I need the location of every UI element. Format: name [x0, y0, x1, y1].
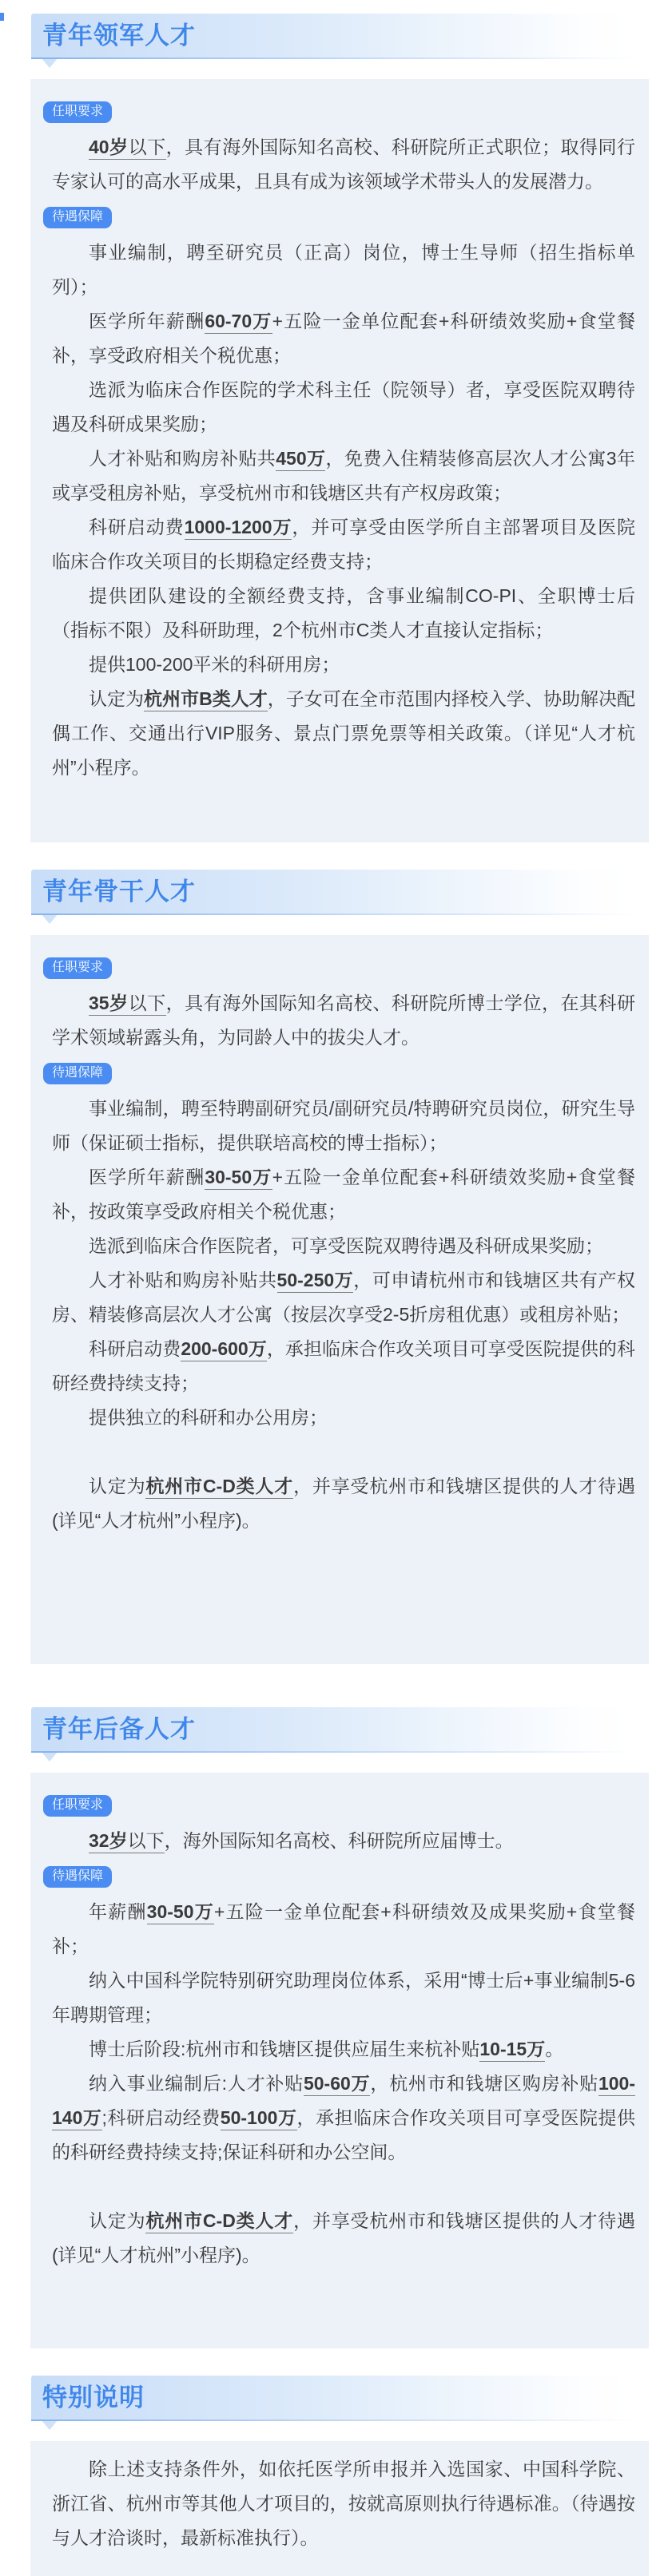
section-card: 任职要求35岁以下，具有海外国际知名高校、科研院所博士学位，在其科研学术领域崭露… — [30, 935, 649, 1664]
text-run: 认定为 — [89, 2210, 145, 2231]
body-paragraph: 年薪酬30-50万+五险一金单位配套+科研绩效及成果奖励+食堂餐补； — [52, 1895, 635, 1964]
highlight-text: 40岁 — [89, 137, 129, 160]
benefits-badge: 待遇保障 — [43, 1063, 112, 1084]
text-run: ，杭州市和钱塘区购房补贴 — [370, 2073, 598, 2094]
highlight-text: 60-70万 — [205, 311, 272, 334]
section-title: 特别说明 — [31, 2376, 145, 2419]
body-paragraph: 认定为杭州市C-D类人才，并享受杭州市和钱塘区提供的人才待遇(详见“人才杭州”小… — [52, 1469, 635, 1538]
highlight-text: 30-50万 — [205, 1167, 272, 1190]
body-paragraph: 32岁以下，海外国际知名高校、科研院所应届博士。 — [52, 1824, 635, 1858]
body-paragraph: 认定为杭州市C-D类人才，并享受杭州市和钱塘区提供的人才待遇(详见“人才杭州”小… — [52, 2204, 635, 2273]
highlight-text: 杭州市C-D类人才 — [145, 2210, 293, 2233]
highlight-text: 30-50万 — [147, 1901, 214, 1924]
recruitment-page: { "theme": { "page_bg": "#ffffff", "titl… — [0, 0, 672, 2576]
section-card: 任职要求32岁以下，海外国际知名高校、科研院所应届博士。待遇保障年薪酬30-50… — [30, 1773, 649, 2348]
highlight-text: 50-60万 — [304, 2073, 370, 2096]
text-run: 纳入中国科学院特别研究助理岗位体系，采用“博士后+事业编制5-6年聘期管理； — [52, 1970, 635, 2025]
sections-root: 青年领军人才任职要求40岁以下，具有海外国际知名高校、科研院所正式职位；取得同行… — [0, 14, 672, 2576]
text-run: 选派为临床合作医院的学术科主任（院领导）者，享受医院双聘待遇及科研成果奖励； — [52, 379, 635, 434]
text-run: 科研启动费 — [89, 517, 185, 537]
body-paragraph: 提供100-200平米的科研用房； — [52, 648, 635, 682]
highlight-text: 450万 — [276, 448, 325, 471]
body-paragraph: 事业编制，聘至研究员（正高）岗位，博士生导师（招生指标单列）； — [52, 236, 635, 304]
body-paragraph: 纳入事业编制后:人才补贴50-60万，杭州市和钱塘区购房补贴100-140万;科… — [52, 2067, 635, 2170]
body-paragraph: 人才补贴和购房补贴共450万，免费入住精装修高层次人才公寓3年或享受租房补贴，享… — [52, 442, 635, 510]
highlight-text: 10-15万 — [479, 2039, 545, 2062]
text-run: 选派到临床合作医院者，可享受医院双聘待遇及科研成果奖励； — [89, 1235, 603, 1256]
text-run: 年薪酬 — [89, 1901, 147, 1922]
badge-row: 待遇保障 — [43, 207, 635, 228]
section-special-notes: 特别说明除上述支持条件外，如依托医学所申报并入选国家、中国科学院、浙江省、杭州市… — [0, 2376, 672, 2576]
body-paragraph: 事业编制，聘至特聘副研究员/副研究员/特聘研究员岗位，研究生导师（保证硕士指标，… — [52, 1092, 635, 1160]
body-paragraph: 医学所年薪酬60-70万+五险一金单位配套+科研绩效奖励+食堂餐补，享受政府相关… — [52, 304, 635, 373]
highlight-text: 200-600万 — [181, 1338, 267, 1361]
text-run: 认定为 — [89, 1476, 145, 1496]
body-paragraph: 除上述支持条件外，如依托医学所申报并入选国家、中国科学院、浙江省、杭州市等其他人… — [52, 2452, 635, 2555]
body-paragraph: 选派到临床合作医院者，可享受医院双聘待遇及科研成果奖励； — [52, 1229, 635, 1263]
highlight-text: 以下 — [129, 137, 166, 160]
body-paragraph: 40岁以下，具有海外国际知名高校、科研院所正式职位；取得同行专家认可的高水平成果… — [52, 130, 635, 199]
highlight-text: 32岁 — [89, 1830, 128, 1853]
section-title: 青年后备人才 — [31, 1707, 196, 1751]
body-paragraph: 博士后阶段:杭州市和钱塘区提供应届生来杭补贴10-15万。 — [52, 2032, 635, 2067]
badge-row: 待遇保障 — [43, 1866, 635, 1888]
highlight-text: 以下 — [129, 993, 166, 1016]
text-run: 提供团队建设的全额经费支持，含事业编制CO-PI、全职博士后（指标不限）及科研助… — [52, 585, 635, 640]
highlight-text: 杭州市C-D类人才 — [145, 1476, 293, 1499]
badge-row: 任职要求 — [43, 1795, 635, 1817]
text-run: 认定为 — [89, 688, 144, 709]
text-run: 提供100-200平米的科研用房； — [89, 654, 340, 675]
requirements-badge: 任职要求 — [43, 957, 112, 979]
body-paragraph: 人才补贴和购房补贴共50-250万，可申请杭州市和钱塘区共有产权房、精装修高层次… — [52, 1263, 635, 1332]
badge-row: 任职要求 — [43, 101, 635, 123]
section-young-reserve-talent: 青年后备人才任职要求32岁以下，海外国际知名高校、科研院所应届博士。待遇保障年薪… — [0, 1707, 672, 2348]
text-run: ;科研启动经费 — [102, 2107, 221, 2128]
text-run: 人才补贴和购房补贴共 — [89, 448, 276, 469]
text-run: 纳入事业编制后:人才补贴 — [89, 2073, 304, 2094]
body-paragraph: 35岁以下，具有海外国际知名高校、科研院所博士学位，在其科研学术领域崭露头角，为… — [52, 986, 635, 1055]
text-run: 医学所年薪酬 — [89, 1167, 205, 1187]
highlight-text: 50-250万 — [277, 1270, 354, 1293]
section-young-leading-talent: 青年领军人才任职要求40岁以下，具有海外国际知名高校、科研院所正式职位；取得同行… — [0, 14, 672, 842]
body-paragraph: 选派为临床合作医院的学术科主任（院领导）者，享受医院双聘待遇及科研成果奖励； — [52, 373, 635, 442]
body-paragraph: 科研启动费200-600万，承担临床合作攻关项目可享受医院提供的科研经费持续支持… — [52, 1332, 635, 1401]
section-title: 青年领军人才 — [31, 14, 196, 57]
highlight-text: 1000-1200万 — [185, 517, 292, 540]
section-card: 除上述支持条件外，如依托医学所申报并入选国家、中国科学院、浙江省、杭州市等其他人… — [30, 2441, 649, 2576]
section-young-backbone-talent: 青年骨干人才任职要求35岁以下，具有海外国际知名高校、科研院所博士学位，在其科研… — [0, 870, 672, 1664]
badge-row: 任职要求 — [43, 957, 635, 979]
text-run: 除上述支持条件外，如依托医学所申报并入选国家、中国科学院、浙江省、杭州市等其他人… — [52, 2459, 635, 2548]
body-paragraph: 认定为杭州市B类人才，子女可在全市范围内择校入学、协助解决配偶工作、交通出行VI… — [52, 682, 635, 785]
requirements-badge: 任职要求 — [43, 1795, 112, 1817]
highlight-text: 50-100万 — [221, 2107, 297, 2130]
text-run: 提供独立的科研和办公用房； — [89, 1407, 328, 1428]
highlight-text: 以下 — [128, 1830, 165, 1853]
text-run: 科研启动费 — [89, 1338, 181, 1359]
requirements-badge: 任职要求 — [43, 101, 112, 123]
text-run: 博士后阶段:杭州市和钱塘区提供应届生来杭补贴 — [89, 2039, 479, 2059]
body-paragraph: 纳入中国科学院特别研究助理岗位体系，采用“博士后+事业编制5-6年聘期管理； — [52, 1964, 635, 2032]
section-header: 青年后备人才 — [31, 1707, 635, 1751]
benefits-badge: 待遇保障 — [43, 207, 112, 228]
benefits-badge: 待遇保障 — [43, 1866, 112, 1888]
text-run: 医学所年薪酬 — [89, 311, 205, 331]
body-paragraph: 科研启动费1000-1200万，并可享受由医学所自主部署项目及医院临床合作攻关项… — [52, 510, 635, 579]
section-header: 特别说明 — [31, 2376, 635, 2419]
section-header: 青年骨干人才 — [31, 870, 635, 913]
body-paragraph: 提供团队建设的全额经费支持，含事业编制CO-PI、全职博士后（指标不限）及科研助… — [52, 579, 635, 648]
body-paragraph: 医学所年薪酬30-50万+五险一金单位配套+科研绩效奖励+食堂餐补，按政策享受政… — [52, 1160, 635, 1229]
section-header: 青年领军人才 — [31, 14, 635, 57]
highlight-text: 35岁 — [89, 993, 129, 1016]
body-paragraph: 提供独立的科研和办公用房； — [52, 1401, 635, 1435]
section-card: 任职要求40岁以下，具有海外国际知名高校、科研院所正式职位；取得同行专家认可的高… — [30, 79, 649, 842]
badge-row: 待遇保障 — [43, 1063, 635, 1084]
text-run: 事业编制，聘至特聘副研究员/副研究员/特聘研究员岗位，研究生导师（保证硕士指标，… — [52, 1098, 635, 1153]
text-run: ，海外国际知名高校、科研院所应届博士。 — [165, 1830, 514, 1851]
highlight-text: 杭州市B类人才 — [144, 688, 268, 711]
text-run: 人才补贴和购房补贴共 — [89, 1270, 277, 1290]
section-title: 青年骨干人才 — [31, 870, 196, 913]
text-run: 。 — [545, 2039, 563, 2059]
text-run: 事业编制，聘至研究员（正高）岗位，博士生导师（招生指标单列）； — [52, 242, 635, 297]
corner-accent — [0, 13, 4, 21]
